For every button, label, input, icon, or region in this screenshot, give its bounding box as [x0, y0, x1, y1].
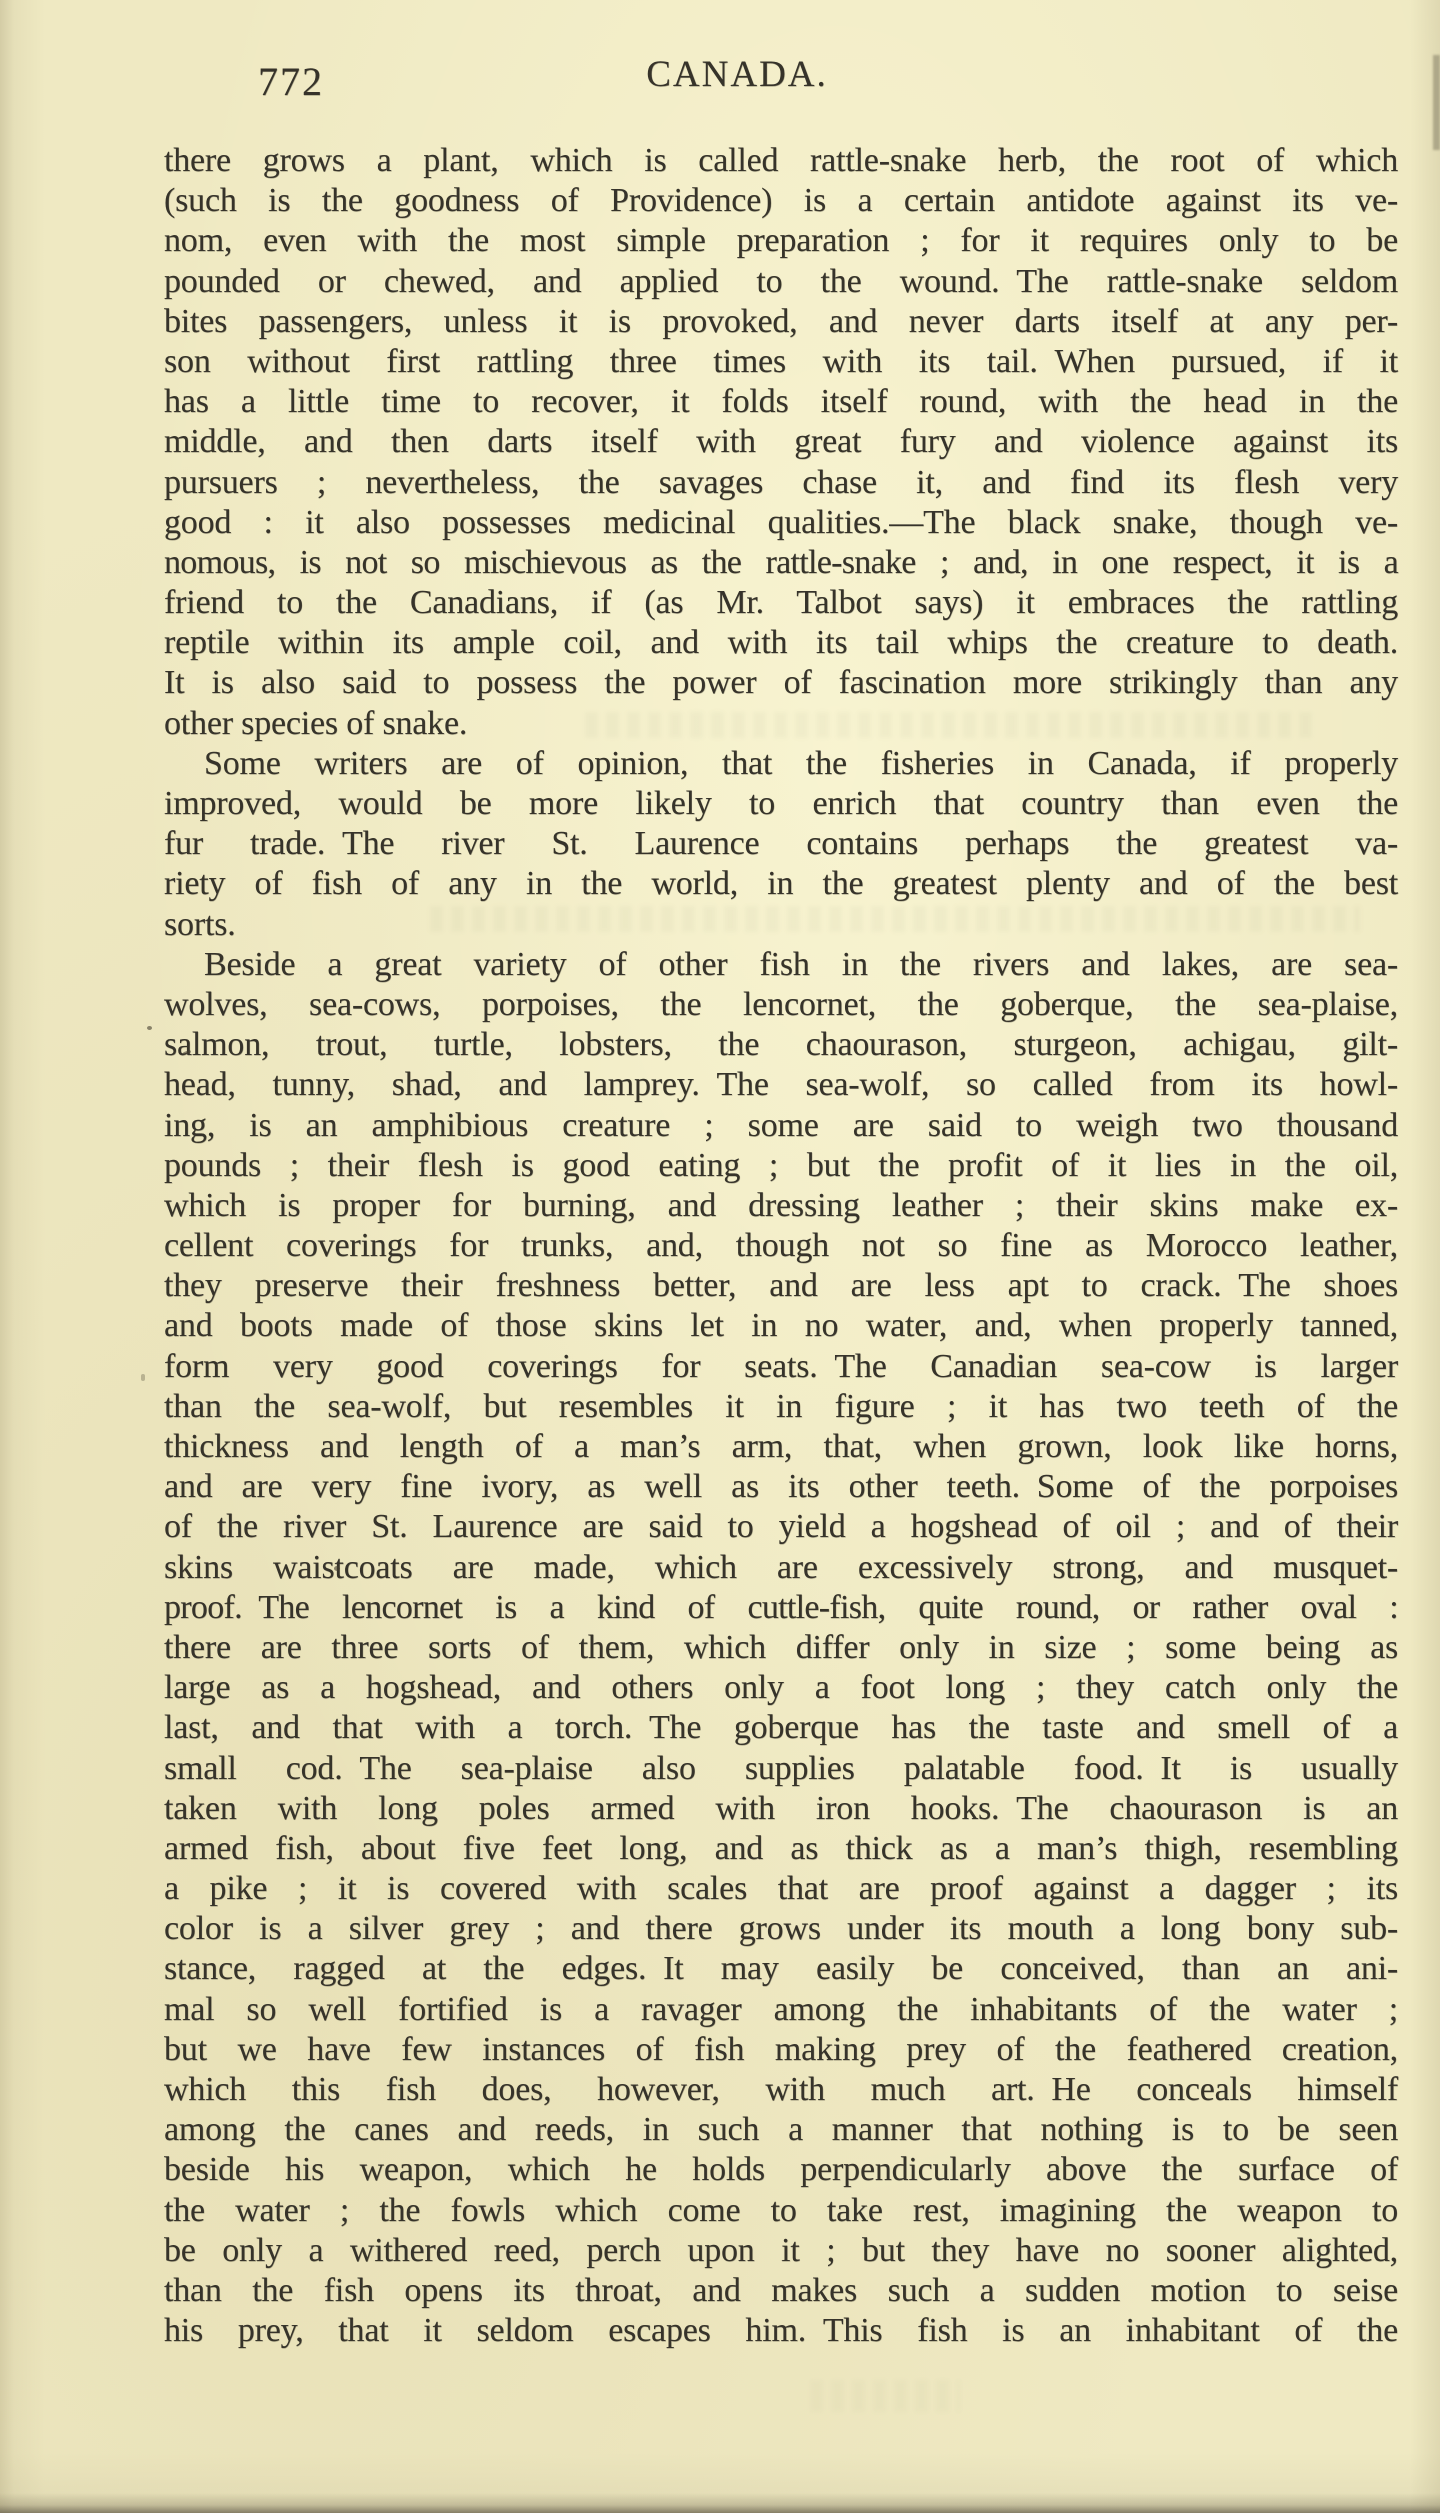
text-line: a pike ; it is covered with scales that … — [164, 1869, 1398, 1909]
text-line: they preserve their freshness better, an… — [164, 1266, 1398, 1306]
text-line: beside his weapon, which he holds perpen… — [164, 2150, 1398, 2190]
text-line: which is proper for burning, and dressin… — [164, 1186, 1398, 1226]
text-line: improved, would be more likely to enrich… — [164, 784, 1398, 824]
text-line: among the canes and reeds, in such a man… — [164, 2110, 1398, 2150]
text-line: pounds ; their flesh is good eating ; bu… — [164, 1146, 1398, 1186]
text-line: head, tunny, shad, and lamprey. The sea-… — [164, 1065, 1398, 1105]
scanned-book-page: { "page": { "number": "772", "header": "… — [0, 0, 1440, 2513]
text-line: ing, is an amphibious creature ; some ar… — [164, 1106, 1398, 1146]
text-line: form very good coverings for seats. The … — [164, 1347, 1398, 1387]
text-line: reptile within its ample coil, and with … — [164, 623, 1398, 663]
text-line: has a little time to recover, it folds i… — [164, 382, 1398, 422]
text-line: It is also said to possess the power of … — [164, 663, 1398, 703]
text-line: his prey, that it seldom escapes him. Th… — [164, 2311, 1398, 2351]
text-line: son without first rattling three times w… — [164, 342, 1398, 382]
text-line: nom, even with the most simple preparati… — [164, 221, 1398, 261]
text-line: small cod. The sea-plaise also supplies … — [164, 1749, 1398, 1789]
text-line: good : it also possesses medicinal quali… — [164, 503, 1398, 543]
text-line: large as a hogshead, and others only a f… — [164, 1668, 1398, 1708]
page-number: 772 — [258, 62, 324, 102]
text-line: bites passengers, unless it is provoked,… — [164, 302, 1398, 342]
text-line: wolves, sea-cows, porpoises, the lencorn… — [164, 985, 1398, 1025]
text-line: pursuers ; nevertheless, the savages cha… — [164, 463, 1398, 503]
text-line: nomous, is not so mischievous as the rat… — [164, 543, 1398, 583]
show-through-smudge — [810, 2380, 960, 2412]
text-line: fur trade. The river St. Laurence contai… — [164, 824, 1398, 864]
text-line: (such is the goodness of Providence) is … — [164, 181, 1398, 221]
text-line: there grows a plant, which is called rat… — [164, 141, 1398, 181]
text-line: other species of snake. — [164, 704, 1398, 744]
text-line: there are three sorts of them, which dif… — [164, 1628, 1398, 1668]
text-line: salmon, trout, turtle, lobsters, the cha… — [164, 1025, 1398, 1065]
text-line: and are very fine ivory, as well as its … — [164, 1467, 1398, 1507]
text-line: taken with long poles armed with iron ho… — [164, 1789, 1398, 1829]
ink-speck — [147, 1026, 152, 1030]
text-line: mal so well fortified is a ravager among… — [164, 1990, 1398, 2030]
scan-edge-mark — [1433, 55, 1440, 150]
text-line: but we have few instances of fish making… — [164, 2030, 1398, 2070]
text-line: skins waistcoats are made, which are exc… — [164, 1548, 1398, 1588]
text-line: thickness and length of a man’s arm, tha… — [164, 1427, 1398, 1467]
text-line: proof. The lencornet is a kind of cuttle… — [164, 1588, 1398, 1628]
text-line: Some writers are of opinion, that the fi… — [164, 744, 1398, 784]
text-line: than the fish opens its throat, and make… — [164, 2271, 1398, 2311]
text-line: friend to the Canadians, if (as Mr. Talb… — [164, 583, 1398, 623]
text-block: there grows a plant, which is called rat… — [164, 141, 1398, 2351]
text-line: last, and that with a torch. The goberqu… — [164, 1708, 1398, 1748]
text-line: be only a withered reed, perch upon it ;… — [164, 2231, 1398, 2271]
text-line: the water ; the fowls which come to take… — [164, 2191, 1398, 2231]
text-line: which this fish does, however, with much… — [164, 2070, 1398, 2110]
text-line: Beside a great variety of other fish in … — [164, 945, 1398, 985]
text-line: cellent coverings for trunks, and, thoug… — [164, 1226, 1398, 1266]
text-line: riety of fish of any in the world, in th… — [164, 864, 1398, 904]
text-line: and boots made of those skins let in no … — [164, 1306, 1398, 1346]
text-line: of the river St. Laurence are said to yi… — [164, 1507, 1398, 1547]
text-line: sorts. — [164, 905, 1398, 945]
text-line: pounded or chewed, and applied to the wo… — [164, 262, 1398, 302]
text-line: armed fish, about five feet long, and as… — [164, 1829, 1398, 1869]
running-header-title: CANADA. — [646, 56, 828, 93]
text-line: than the sea-wolf, but resembles it in f… — [164, 1387, 1398, 1427]
text-line: middle, and then darts itself with great… — [164, 422, 1398, 462]
ink-speck — [141, 1374, 145, 1381]
scan-bottom-edge — [0, 2493, 1440, 2513]
text-line: stance, ragged at the edges. It may easi… — [164, 1949, 1398, 1989]
text-line: color is a silver grey ; and there grows… — [164, 1909, 1398, 1949]
